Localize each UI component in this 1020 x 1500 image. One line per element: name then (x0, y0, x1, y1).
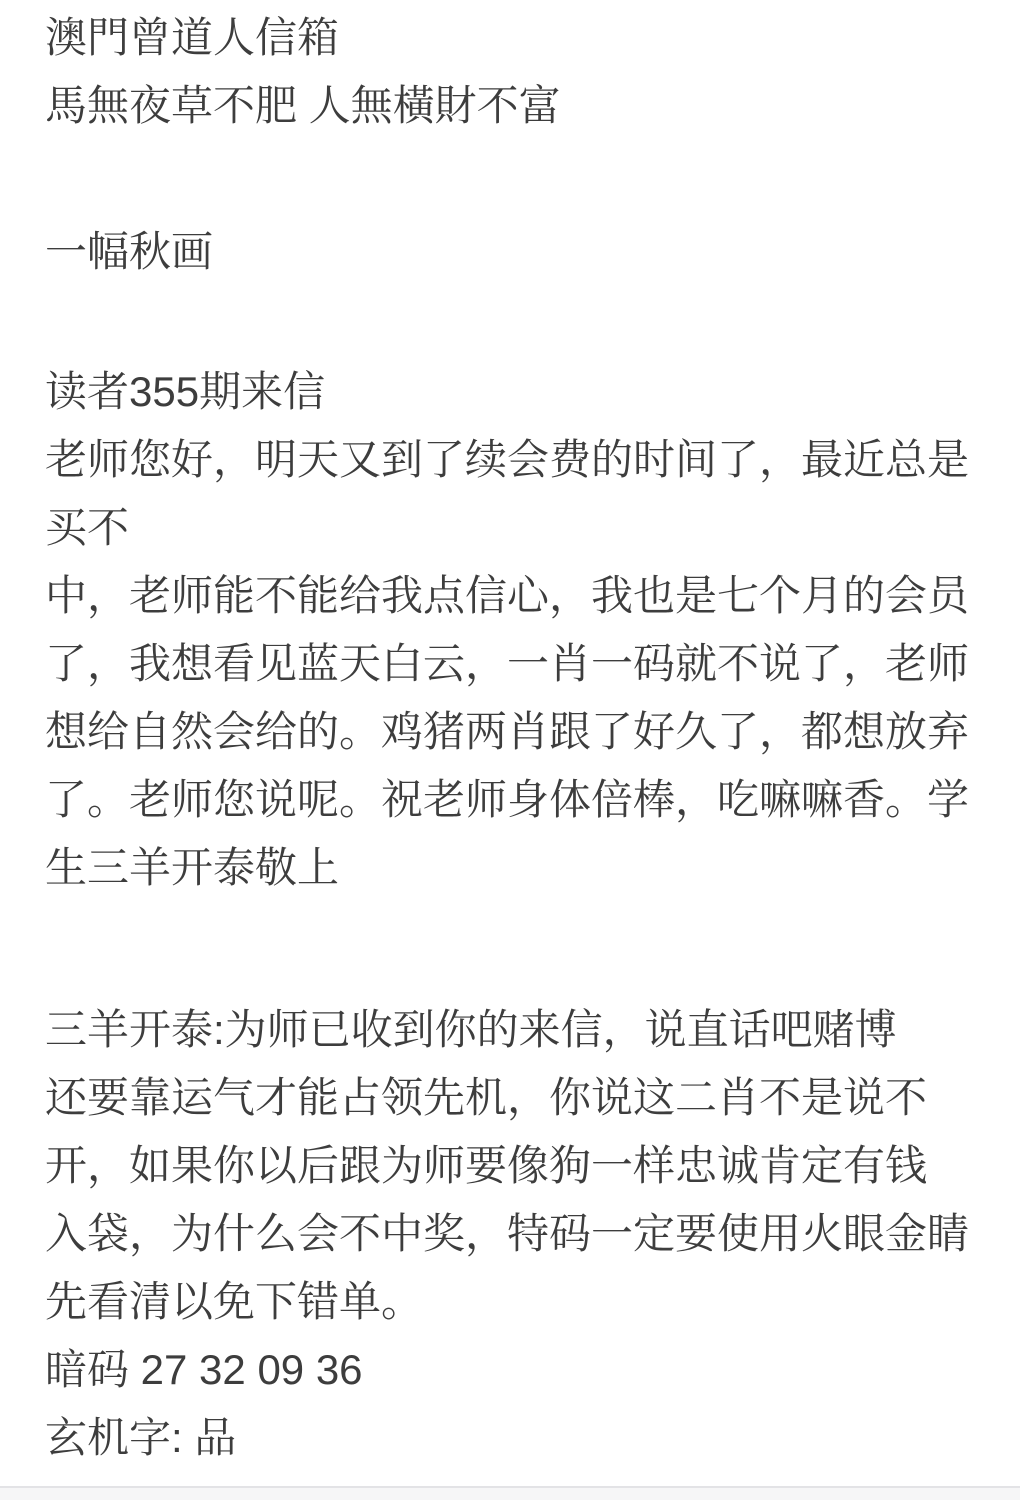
reply-line: 先看清以免下错单。 (45, 1268, 980, 1336)
dark-code-line: 暗码 27 32 09 36 (45, 1336, 980, 1404)
article-content: 澳門曾道人信箱 馬無夜草不肥 人無橫財不富 一幅秋画 读者355期来信 老师您好… (0, 0, 1020, 1472)
letter-body-line: 买不 (45, 494, 980, 562)
reply-line: 还要靠运气才能占领先机，你说这二肖不是说不 (45, 1064, 980, 1132)
painting-title: 一幅秋画 (45, 218, 980, 286)
blank-space (45, 140, 980, 218)
site-title: 澳門曾道人信箱 (45, 4, 980, 72)
letter-body-line: 老师您好，明天又到了续会费的时间了，最近总是 (45, 426, 980, 494)
reply-line: 开，如果你以后跟为师要像狗一样忠诚肯定有钱 (45, 1132, 980, 1200)
reply-line: 入袋，为什么会不中奖，特码一定要使用火眼金睛 (45, 1200, 980, 1268)
mystery-word-line: 玄机字: 品 (45, 1404, 980, 1472)
letter-signature-line: 生三羊开泰敬上 (45, 834, 980, 902)
blank-space (45, 286, 980, 358)
reply-line: 三羊开泰:为师已收到你的来信，说直话吧赌博 (45, 996, 980, 1064)
letter-body-line: 想给自然会给的。鸡猪两肖跟了好久了，都想放弃 (45, 698, 980, 766)
letter-body-line: 了。老师您说呢。祝老师身体倍棒，吃嘛嘛香。学 (45, 766, 980, 834)
blank-space (45, 902, 980, 996)
next-section-edge (0, 1486, 1020, 1500)
letter-body-line: 中，老师能不能给我点信心，我也是七个月的会员 (45, 562, 980, 630)
article-page: 澳門曾道人信箱 馬無夜草不肥 人無橫財不富 一幅秋画 读者355期来信 老师您好… (0, 0, 1020, 1500)
letter-body-line: 了，我想看见蓝天白云，一肖一码就不说了，老师 (45, 630, 980, 698)
letter-heading: 读者355期来信 (45, 358, 980, 426)
proverb-line: 馬無夜草不肥 人無橫財不富 (45, 72, 980, 140)
